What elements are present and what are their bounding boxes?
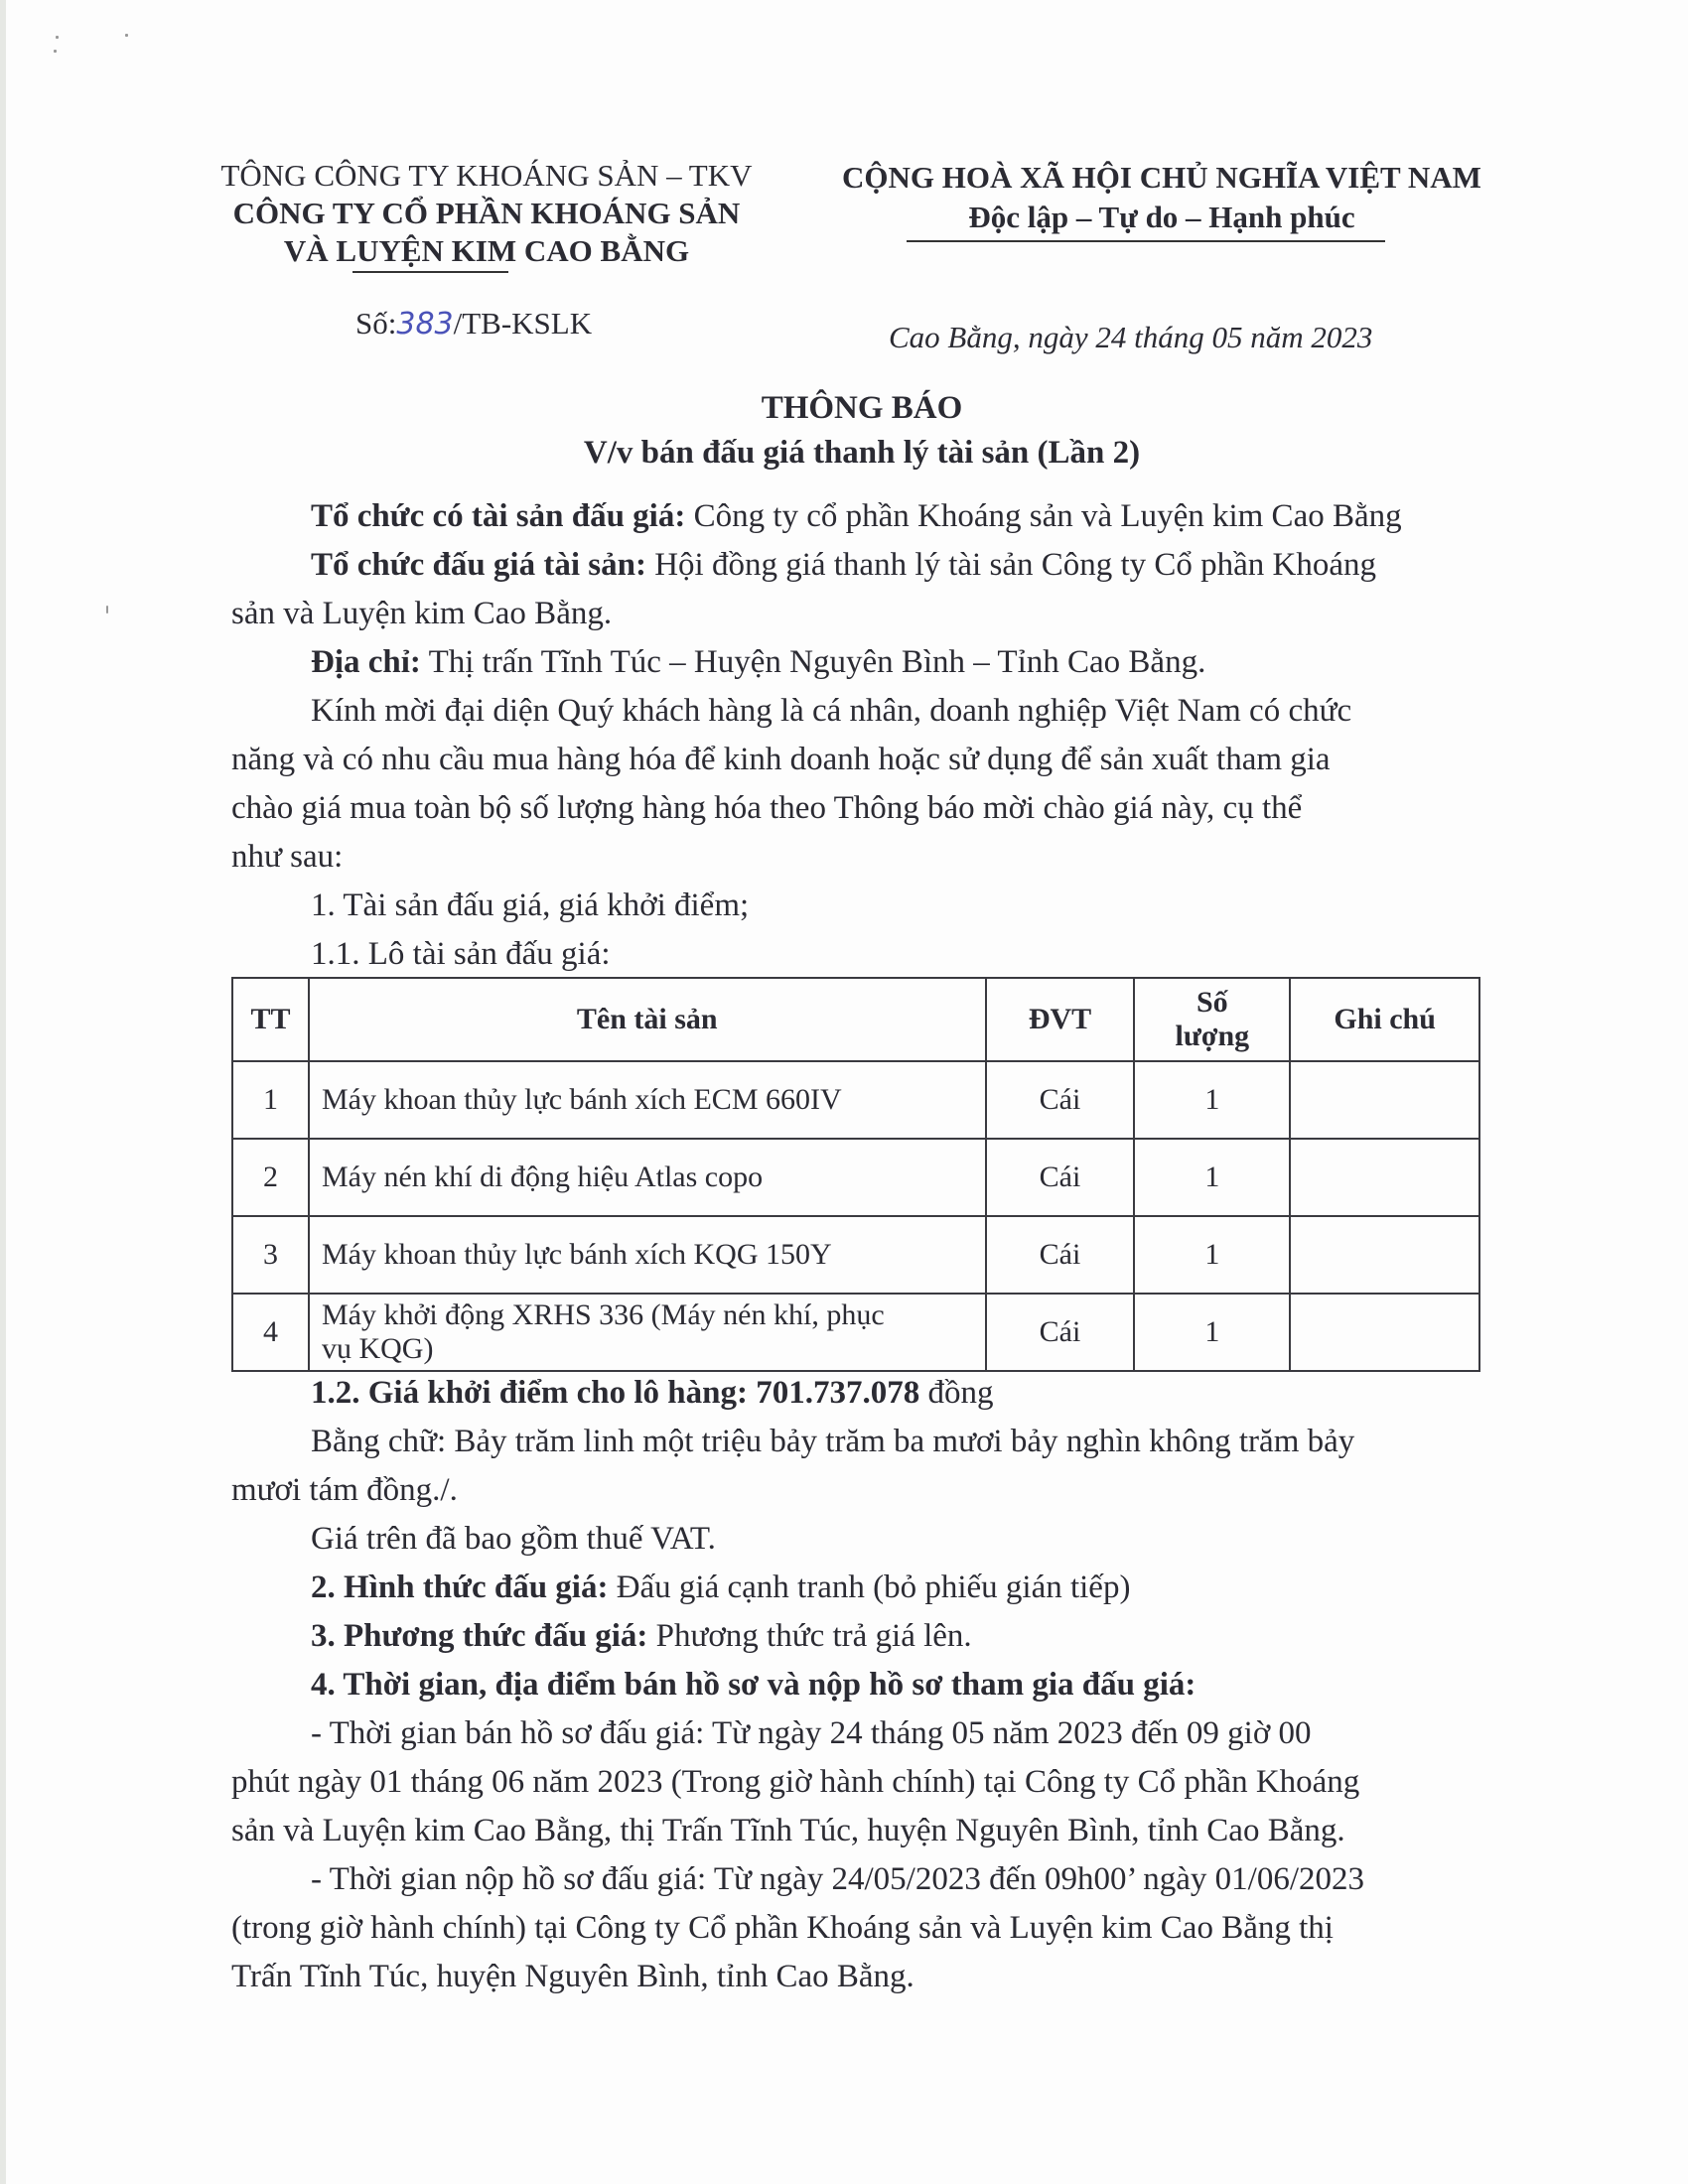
doc-number-prefix: Số: xyxy=(355,306,396,341)
cell-asset-name: Máy khoan thủy lực bánh xích ECM 660IV xyxy=(309,1061,986,1139)
invitation-line: năng và có nhu cầu mua hàng hóa để kinh … xyxy=(231,742,1331,778)
submit-time-line: Trấn Tĩnh Túc, huyện Nguyên Bình, tỉnh C… xyxy=(231,1959,914,1995)
auctioneer-label: Tổ chức đấu giá tài sản: xyxy=(311,547,646,583)
qty-header-line1: Số xyxy=(1196,986,1228,1019)
cell-unit: Cái xyxy=(986,1061,1135,1139)
table-row: 3Máy khoan thủy lực bánh xích KQG 150YCá… xyxy=(232,1216,1479,1294)
document-title: THÔNG BÁO xyxy=(231,390,1492,427)
cell-tt: 3 xyxy=(232,1216,309,1294)
assets-table: TT Tên tài sản ĐVT Sốlượng Ghi chú 1Máy … xyxy=(231,977,1480,1372)
section-2-label: 2. Hình thức đấu giá: xyxy=(311,1570,608,1605)
qty-header-line2: lượng xyxy=(1176,1020,1250,1052)
invitation-line: như sau: xyxy=(231,839,343,876)
col-header-unit: ĐVT xyxy=(986,978,1135,1061)
start-price-label: 1.2. Giá khởi điểm cho lô hàng: 701.737.… xyxy=(311,1375,919,1411)
company-underline xyxy=(352,271,508,273)
section-4-heading: 4. Thời gian, địa điểm bán hồ sơ và nộp … xyxy=(311,1667,1196,1704)
section-3-value: Phương thức trả giá lên. xyxy=(647,1618,971,1654)
cell-note xyxy=(1290,1294,1479,1371)
section-2: 2. Hình thức đấu giá: Đấu giá cạnh tranh… xyxy=(311,1570,1130,1606)
asset-owner-value: Công ty cổ phần Khoáng sản và Luyện kim … xyxy=(685,498,1401,534)
col-header-tt: TT xyxy=(232,978,309,1061)
section-1-heading: 1. Tài sản đấu giá, giá khởi điểm; xyxy=(311,887,749,924)
col-header-note: Ghi chú xyxy=(1290,978,1479,1061)
section-3-label: 3. Phương thức đấu giá: xyxy=(311,1618,647,1654)
asset-owner: Tổ chức có tài sản đấu giá: Công ty cổ p… xyxy=(311,498,1402,535)
asset-name-line1: Máy khởi động XRHS 336 (Máy nén khí, phụ… xyxy=(322,1298,885,1331)
cell-note xyxy=(1290,1139,1479,1216)
cell-quantity: 1 xyxy=(1134,1061,1290,1139)
scan-speck xyxy=(125,34,128,37)
start-price: 1.2. Giá khởi điểm cho lô hàng: 701.737.… xyxy=(311,1375,994,1412)
company-name-line1: CÔNG TY CỔ PHẦN KHOÁNG SẢN xyxy=(204,195,770,232)
scan-page-edge xyxy=(0,0,6,2184)
place-date: Cao Bằng, ngày 24 tháng 05 năm 2023 xyxy=(889,320,1372,355)
table-row: 2Máy nén khí di động hiệu Atlas copoCái1 xyxy=(232,1139,1479,1216)
vat-note: Giá trên đã bao gồm thuế VAT. xyxy=(311,1521,716,1558)
cell-unit: Cái xyxy=(986,1294,1135,1371)
cell-asset-name: Máy khởi động XRHS 336 (Máy nén khí, phụ… xyxy=(309,1294,986,1371)
national-motto: Độc lập – Tự do – Hạnh phúc xyxy=(814,199,1509,236)
cell-quantity: 1 xyxy=(1134,1139,1290,1216)
cell-asset-name: Máy khoan thủy lực bánh xích KQG 150Y xyxy=(309,1216,986,1294)
asset-owner-label: Tổ chức có tài sản đấu giá: xyxy=(311,498,685,534)
cell-tt: 4 xyxy=(232,1294,309,1371)
address-value: Thị trấn Tĩnh Túc – Huyện Nguyên Bình – … xyxy=(421,644,1205,680)
company-name-line2: VÀ LUYỆN KIM CAO BẰNG xyxy=(204,232,770,270)
document-subject: V/v bán đấu giá thanh lý tài sản (Lần 2) xyxy=(231,435,1492,472)
section-1-1-heading: 1.1. Lô tài sản đấu giá: xyxy=(311,936,611,973)
doc-number-handwritten: 383 xyxy=(396,307,453,341)
scan-speck xyxy=(54,50,57,53)
table-row: 4Máy khởi động XRHS 336 (Máy nén khí, ph… xyxy=(232,1294,1479,1371)
table-header-row: TT Tên tài sản ĐVT Sốlượng Ghi chú xyxy=(232,978,1479,1061)
section-2-value: Đấu giá cạnh tranh (bỏ phiếu gián tiếp) xyxy=(608,1570,1130,1605)
invitation-line: Kính mời đại diện Quý khách hàng là cá n… xyxy=(311,693,1351,730)
document-number: Số:383/TB-KSLK xyxy=(355,306,592,341)
cell-tt: 1 xyxy=(232,1061,309,1139)
section-3: 3. Phương thức đấu giá: Phương thức trả … xyxy=(311,1618,972,1655)
scan-speck xyxy=(56,36,59,39)
scan-speck xyxy=(106,606,108,614)
parent-org: TÔNG CÔNG TY KHOÁNG SẢN – TKV xyxy=(204,157,770,195)
cell-quantity: 1 xyxy=(1134,1216,1290,1294)
cell-note xyxy=(1290,1216,1479,1294)
auctioneer: Tổ chức đấu giá tài sản: Hội đồng giá th… xyxy=(311,547,1376,584)
price-in-words: Bằng chữ: Bảy trăm linh một triệu bảy tr… xyxy=(311,1424,1354,1460)
address: Địa chỉ: Thị trấn Tĩnh Túc – Huyện Nguyê… xyxy=(311,644,1205,681)
invitation-line: chào giá mua toàn bộ số lượng hàng hóa t… xyxy=(231,790,1302,827)
submit-time-line: (trong giờ hành chính) tại Công ty Cổ ph… xyxy=(231,1910,1334,1947)
start-price-unit: đồng xyxy=(919,1375,993,1411)
nation-title: CỘNG HOÀ XÃ HỘI CHỦ NGHĨA VIỆT NAM xyxy=(814,159,1509,197)
table-row: 1Máy khoan thủy lực bánh xích ECM 660IVC… xyxy=(232,1061,1479,1139)
submit-time-line: - Thời gian nộp hồ sơ đấu giá: Từ ngày 2… xyxy=(311,1861,1364,1898)
cell-asset-name: Máy nén khí di động hiệu Atlas copo xyxy=(309,1139,986,1216)
price-in-words-cont: mươi tám đồng./. xyxy=(231,1472,458,1509)
cell-unit: Cái xyxy=(986,1216,1135,1294)
sale-time-line: phút ngày 01 tháng 06 năm 2023 (Trong gi… xyxy=(231,1764,1359,1801)
address-label: Địa chỉ: xyxy=(311,644,421,680)
cell-quantity: 1 xyxy=(1134,1294,1290,1371)
cell-tt: 2 xyxy=(232,1139,309,1216)
col-header-name: Tên tài sản xyxy=(309,978,986,1061)
sale-time-line: - Thời gian bán hồ sơ đấu giá: Từ ngày 2… xyxy=(311,1715,1312,1752)
cell-unit: Cái xyxy=(986,1139,1135,1216)
motto-underline xyxy=(907,240,1385,242)
asset-name-line2: vụ KQG) xyxy=(322,1332,434,1365)
auctioneer-value: Hội đồng giá thanh lý tài sản Công ty Cổ… xyxy=(646,547,1376,583)
col-header-qty: Sốlượng xyxy=(1134,978,1290,1061)
sale-time-line: sản và Luyện kim Cao Bằng, thị Trấn Tĩnh… xyxy=(231,1813,1345,1849)
doc-number-suffix: /TB-KSLK xyxy=(454,306,593,341)
auctioneer-cont: sản và Luyện kim Cao Bằng. xyxy=(231,596,612,632)
cell-note xyxy=(1290,1061,1479,1139)
